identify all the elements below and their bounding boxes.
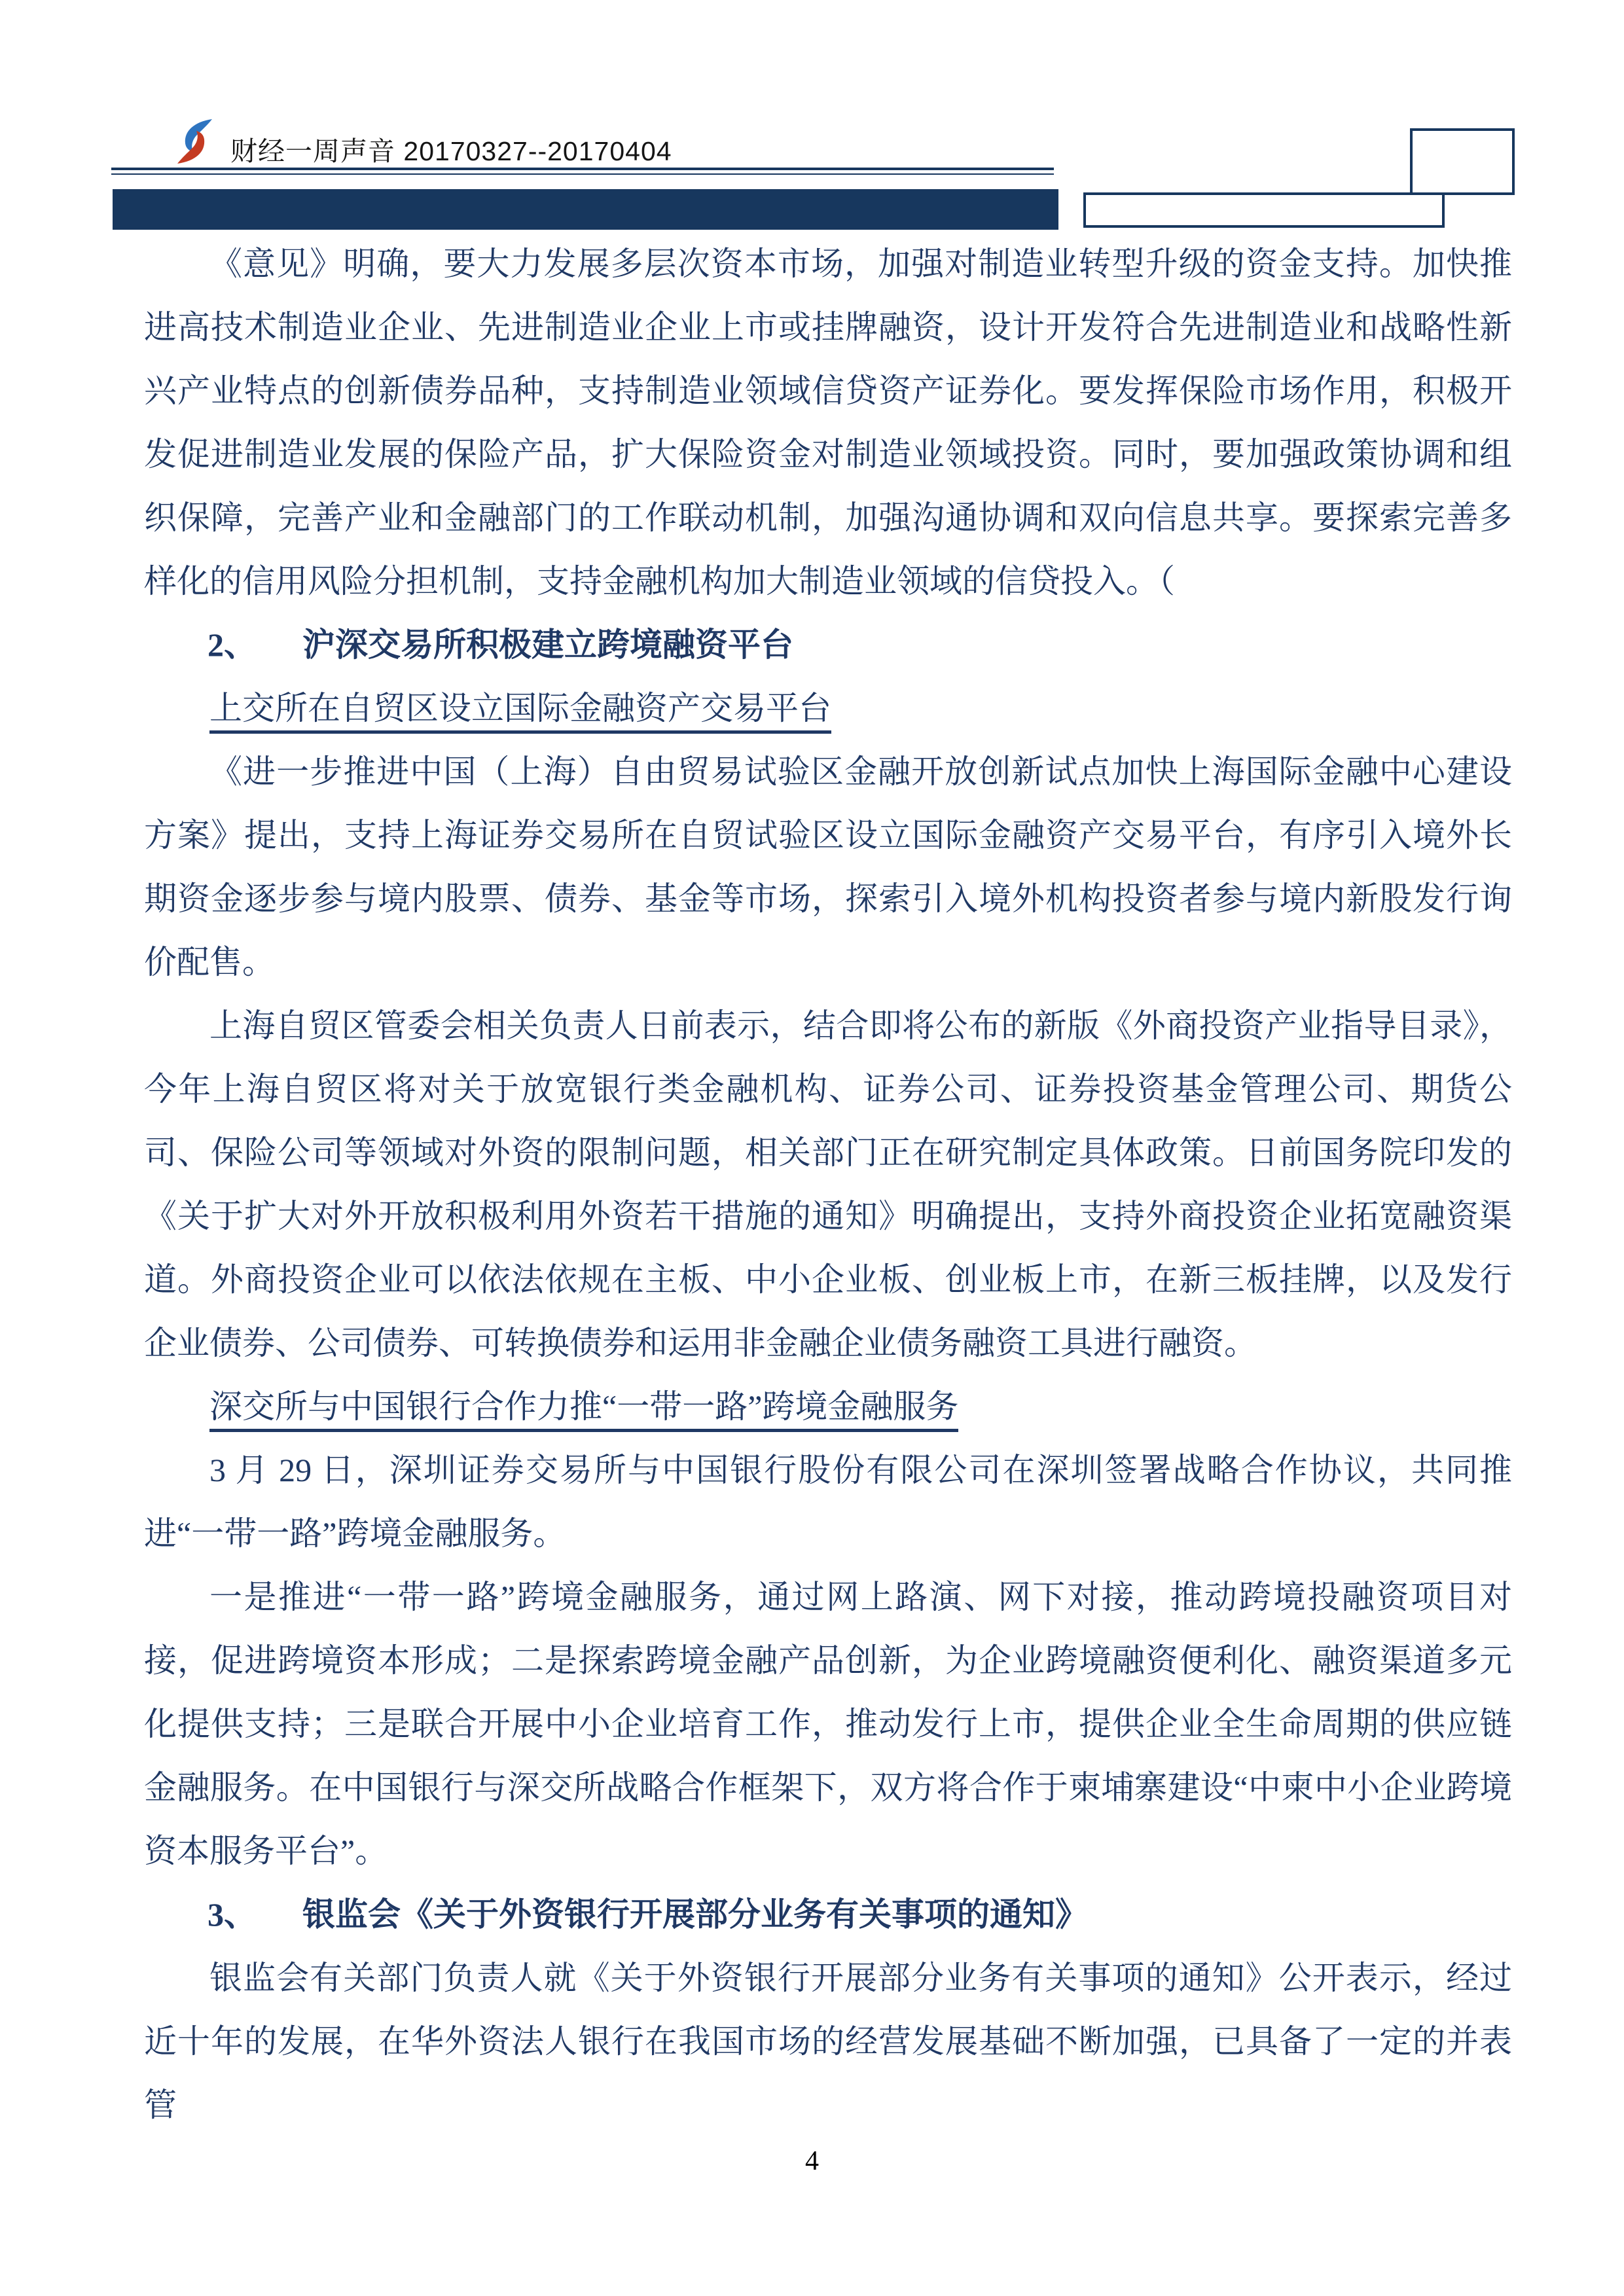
header-deco-box-lower <box>1083 192 1445 228</box>
page-number: 4 <box>0 2145 1624 2177</box>
paragraph: 《进一步推进中国（上海）自由贸易试验区金融开放创新试点加快上海国际金融中心建设方… <box>144 740 1512 994</box>
document-body: 《意见》明确，要大力发展多层次资本市场，加强对制造业转型升级的资金支持。加快推进… <box>144 232 1512 2137</box>
section-number: 3、 <box>208 1896 257 1933</box>
brand-s-swoosh-icon <box>174 118 215 164</box>
paragraph: 银监会有关部门负责人就《关于外资银行开展部分业务有关事项的通知》公开表示，经过近… <box>144 1946 1512 2137</box>
section-heading-2: 2、沪深交易所积极建立跨境融资平台 <box>144 613 1512 677</box>
paragraph: 上海自贸区管委会相关负责人日前表示，结合即将公布的新版《外商投资产业指导目录》，… <box>144 994 1512 1375</box>
document-page: 财经一周声音 20170327--20170404 《意见》明确，要大力发展多层… <box>0 0 1624 2296</box>
header-banner-bar <box>113 189 1058 230</box>
section-heading-3: 3、银监会《关于外资银行开展部分业务有关事项的通知》 <box>144 1883 1512 1946</box>
subheading-text: 上交所在自贸区设立国际金融资产交易平台 <box>209 690 831 734</box>
paragraph: 3 月 29 日，深圳证券交易所与中国银行股份有限公司在深圳签署战略合作协议，共… <box>144 1439 1512 1566</box>
header-deco-box-upper <box>1410 128 1515 195</box>
header-title: 财经一周声音 20170327--20170404 <box>230 135 672 168</box>
section-title: 沪深交易所积极建立跨境融资平台 <box>302 626 793 663</box>
header-double-rule <box>111 168 1054 175</box>
subheading: 上交所在自贸区设立国际金融资产交易平台 <box>144 677 1512 740</box>
brand-name: 财经一周声音 <box>230 136 395 166</box>
date-range: 20170327--20170404 <box>403 136 672 166</box>
section-title: 银监会《关于外资银行开展部分业务有关事项的通知》 <box>302 1896 1088 1933</box>
subheading: 深交所与中国银行合作力推“一带一路”跨境金融服务 <box>144 1375 1512 1439</box>
section-number: 2、 <box>208 626 257 663</box>
paragraph: 《意见》明确，要大力发展多层次资本市场，加强对制造业转型升级的资金支持。加快推进… <box>144 232 1512 613</box>
paragraph: 一是推进“一带一路”跨境金融服务，通过网上路演、网下对接，推动跨境投融资项目对接… <box>144 1566 1512 1883</box>
subheading-text: 深交所与中国银行合作力推“一带一路”跨境金融服务 <box>209 1388 958 1432</box>
